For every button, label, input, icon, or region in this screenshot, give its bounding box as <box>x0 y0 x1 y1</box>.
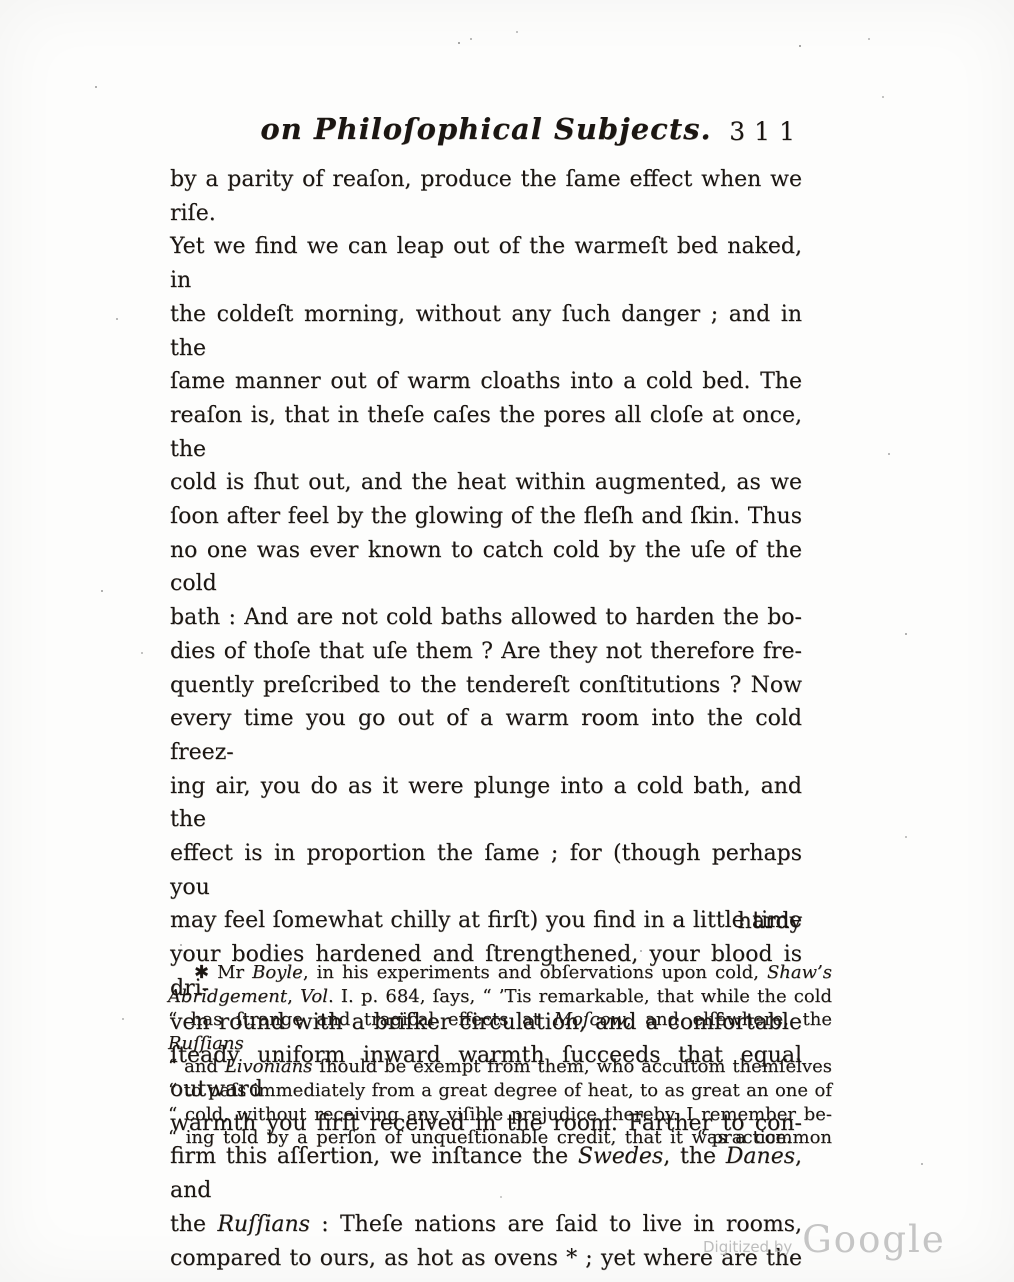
body-line: effect is in proportion the ſame ; for (… <box>170 837 802 904</box>
italic-text: Livonians <box>225 1056 313 1077</box>
italic-text: Ruſſians <box>217 1212 310 1237</box>
body-line: reaſon is, that in theſe caſes the pores… <box>170 399 802 466</box>
body-line: ſame manner out of warm cloaths into a c… <box>170 365 802 399</box>
page-header: on Philoſophical Subjects. 311 <box>170 112 802 156</box>
italic-text: Shaw’s <box>767 962 832 983</box>
footnote-line: “ has ſtrange and tragical effects at Mo… <box>168 1008 832 1055</box>
footnote: ✱ Mr Boyle, in his experiments and obſer… <box>168 961 832 1150</box>
footnote-line: “ cold, without receiving any viſible pr… <box>168 1103 832 1127</box>
footnote-catchword: “ practice. <box>168 1126 792 1150</box>
body-line: ing air, you do as it were plunge into a… <box>170 770 802 837</box>
body-line: ſoon after feel by the glowing of the fl… <box>170 500 802 534</box>
body-line: firm this aſſertion, we inſtance the Swe… <box>170 1140 802 1207</box>
body-line: Yet we find we can leap out of the warme… <box>170 230 802 297</box>
footnote-line: Abridgement, Vol. I. p. 684, ſays, “ ’Ti… <box>168 985 832 1009</box>
body-line: every time you go out of a warm room int… <box>170 702 802 769</box>
body-line: dies of thoſe that uſe them ? Are they n… <box>170 635 802 669</box>
italic-text: Moſcow <box>554 1009 626 1030</box>
body-line: bath : And are not cold baths allowed to… <box>170 601 802 635</box>
page-number: 311 <box>729 117 804 146</box>
body-line: quently preſcribed to the tendereſt conſ… <box>170 669 802 703</box>
italic-text: Ruſſians <box>168 1033 244 1054</box>
body-line: no one was ever known to catch cold by t… <box>170 534 802 601</box>
footnote-line: “ to paſs immediately from a great degre… <box>168 1079 832 1103</box>
running-head: on Philoſophical Subjects. <box>170 112 802 146</box>
footnote-line: ✱ Mr Boyle, in his experiments and obſer… <box>168 961 832 985</box>
scanned-page: on Philoſophical Subjects. 311 by a pari… <box>0 0 1014 1282</box>
scan-noise <box>0 0 2 2</box>
footnote-line: “ and Livonians ſhould be exempt from th… <box>168 1055 832 1079</box>
italic-text: Boyle <box>252 962 303 983</box>
body-line: the coldeſt morning, without any ſuch da… <box>170 298 802 365</box>
google-logo: Google <box>802 1218 946 1261</box>
body-line: cold is ſhut out, and the heat within au… <box>170 466 802 500</box>
italic-text: Vol <box>300 986 328 1007</box>
body-line: by a parity of reaſon, produce the ſame … <box>170 163 802 230</box>
watermark-prefix: Digitized by <box>703 1238 792 1256</box>
italic-text: Abridgement <box>168 986 287 1007</box>
catchword: hardy <box>170 905 802 939</box>
watermark: Digitized by Google <box>703 1218 983 1261</box>
